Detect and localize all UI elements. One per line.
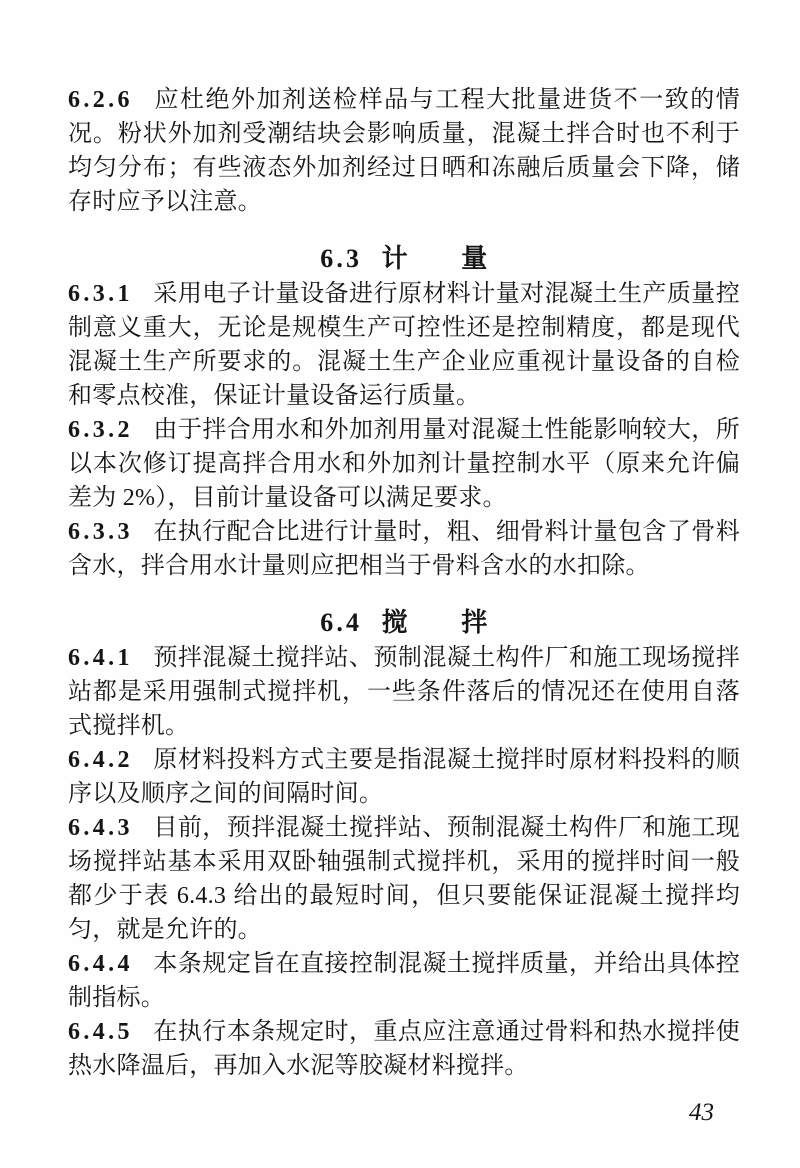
clause-6-3-3: 6.3.3在执行配合比进行计量时，粗、细骨料计量包含了骨料含水，拌合用水计量则应… bbox=[68, 515, 740, 583]
clause-text: 采用电子计量设备进行原材料计量对混凝土生产质量控制意义重大，无论是规模生产可控性… bbox=[68, 281, 740, 409]
clause-6-4-5: 6.4.5在执行本条规定时，重点应注意通过骨料和热水搅拌使热水降温后，再加入水泥… bbox=[68, 1015, 740, 1083]
clause-number: 6.4.4 bbox=[68, 951, 133, 977]
section-title: 计 量 bbox=[382, 244, 488, 273]
section-heading-6-4: 6.4搅 拌 bbox=[68, 607, 740, 639]
clause-text: 预拌混凝土搅拌站、预制混凝土构件厂和施工现场搅拌站都是采用强制式搅拌机，一些条件… bbox=[68, 645, 740, 739]
clause-6-4-1: 6.4.1预拌混凝土搅拌站、预制混凝土构件厂和施工现场搅拌站都是采用强制式搅拌机… bbox=[68, 641, 740, 743]
clause-text: 本条规定旨在直接控制混凝土搅拌质量，并给出具体控制指标。 bbox=[68, 951, 740, 1011]
section-number: 6.4 bbox=[320, 608, 362, 637]
section-heading-6-3: 6.3计 量 bbox=[68, 243, 740, 275]
scanned-document-page: 6.2.6应杜绝外加剂送检样品与工程大批量进货不一致的情况。粉状外加剂受潮结块会… bbox=[0, 0, 800, 1168]
page-content: 6.2.6应杜绝外加剂送检样品与工程大批量进货不一致的情况。粉状外加剂受潮结块会… bbox=[68, 83, 740, 1083]
clause-6-3-2: 6.3.2由于拌合用水和外加剂用量对混凝土性能影响较大，所以本次修订提高拌合用水… bbox=[68, 413, 740, 515]
clause-number: 6.2.6 bbox=[68, 87, 133, 113]
clause-text: 目前，预拌混凝土搅拌站、预制混凝土构件厂和施工现场搅拌站基本采用双卧轴强制式搅拌… bbox=[68, 815, 740, 943]
clause-number: 6.4.2 bbox=[68, 747, 133, 773]
clause-6-3-1: 6.3.1采用电子计量设备进行原材料计量对混凝土生产质量控制意义重大，无论是规模… bbox=[68, 277, 740, 413]
section-number: 6.3 bbox=[320, 244, 362, 273]
clause-text: 在执行本条规定时，重点应注意通过骨料和热水搅拌使热水降温后，再加入水泥等胶凝材料… bbox=[68, 1019, 740, 1079]
clause-number: 6.4.1 bbox=[68, 645, 133, 671]
clause-number: 6.3.1 bbox=[68, 281, 133, 307]
clause-6-4-2: 6.4.2原材料投料方式主要是指混凝土搅拌时原材料投料的顺序以及顺序之间的间隔时… bbox=[68, 743, 740, 811]
clause-number: 6.4.3 bbox=[68, 815, 133, 841]
page-number: 43 bbox=[689, 1099, 714, 1127]
clause-6-4-3: 6.4.3目前，预拌混凝土搅拌站、预制混凝土构件厂和施工现场搅拌站基本采用双卧轴… bbox=[68, 811, 740, 947]
clause-text: 原材料投料方式主要是指混凝土搅拌时原材料投料的顺序以及顺序之间的间隔时间。 bbox=[68, 747, 740, 807]
clause-text: 由于拌合用水和外加剂用量对混凝土性能影响较大，所以本次修订提高拌合用水和外加剂计… bbox=[68, 417, 740, 511]
clause-6-2-6: 6.2.6应杜绝外加剂送检样品与工程大批量进货不一致的情况。粉状外加剂受潮结块会… bbox=[68, 83, 740, 219]
section-title: 搅 拌 bbox=[382, 608, 488, 637]
clause-text: 在执行配合比进行计量时，粗、细骨料计量包含了骨料含水，拌合用水计量则应把相当于骨… bbox=[68, 519, 740, 579]
clause-number: 6.3.2 bbox=[68, 417, 133, 443]
clause-text: 应杜绝外加剂送检样品与工程大批量进货不一致的情况。粉状外加剂受潮结块会影响质量，… bbox=[68, 87, 740, 215]
clause-number: 6.4.5 bbox=[68, 1019, 133, 1045]
clause-number: 6.3.3 bbox=[68, 519, 133, 545]
clause-6-4-4: 6.4.4本条规定旨在直接控制混凝土搅拌质量，并给出具体控制指标。 bbox=[68, 947, 740, 1015]
